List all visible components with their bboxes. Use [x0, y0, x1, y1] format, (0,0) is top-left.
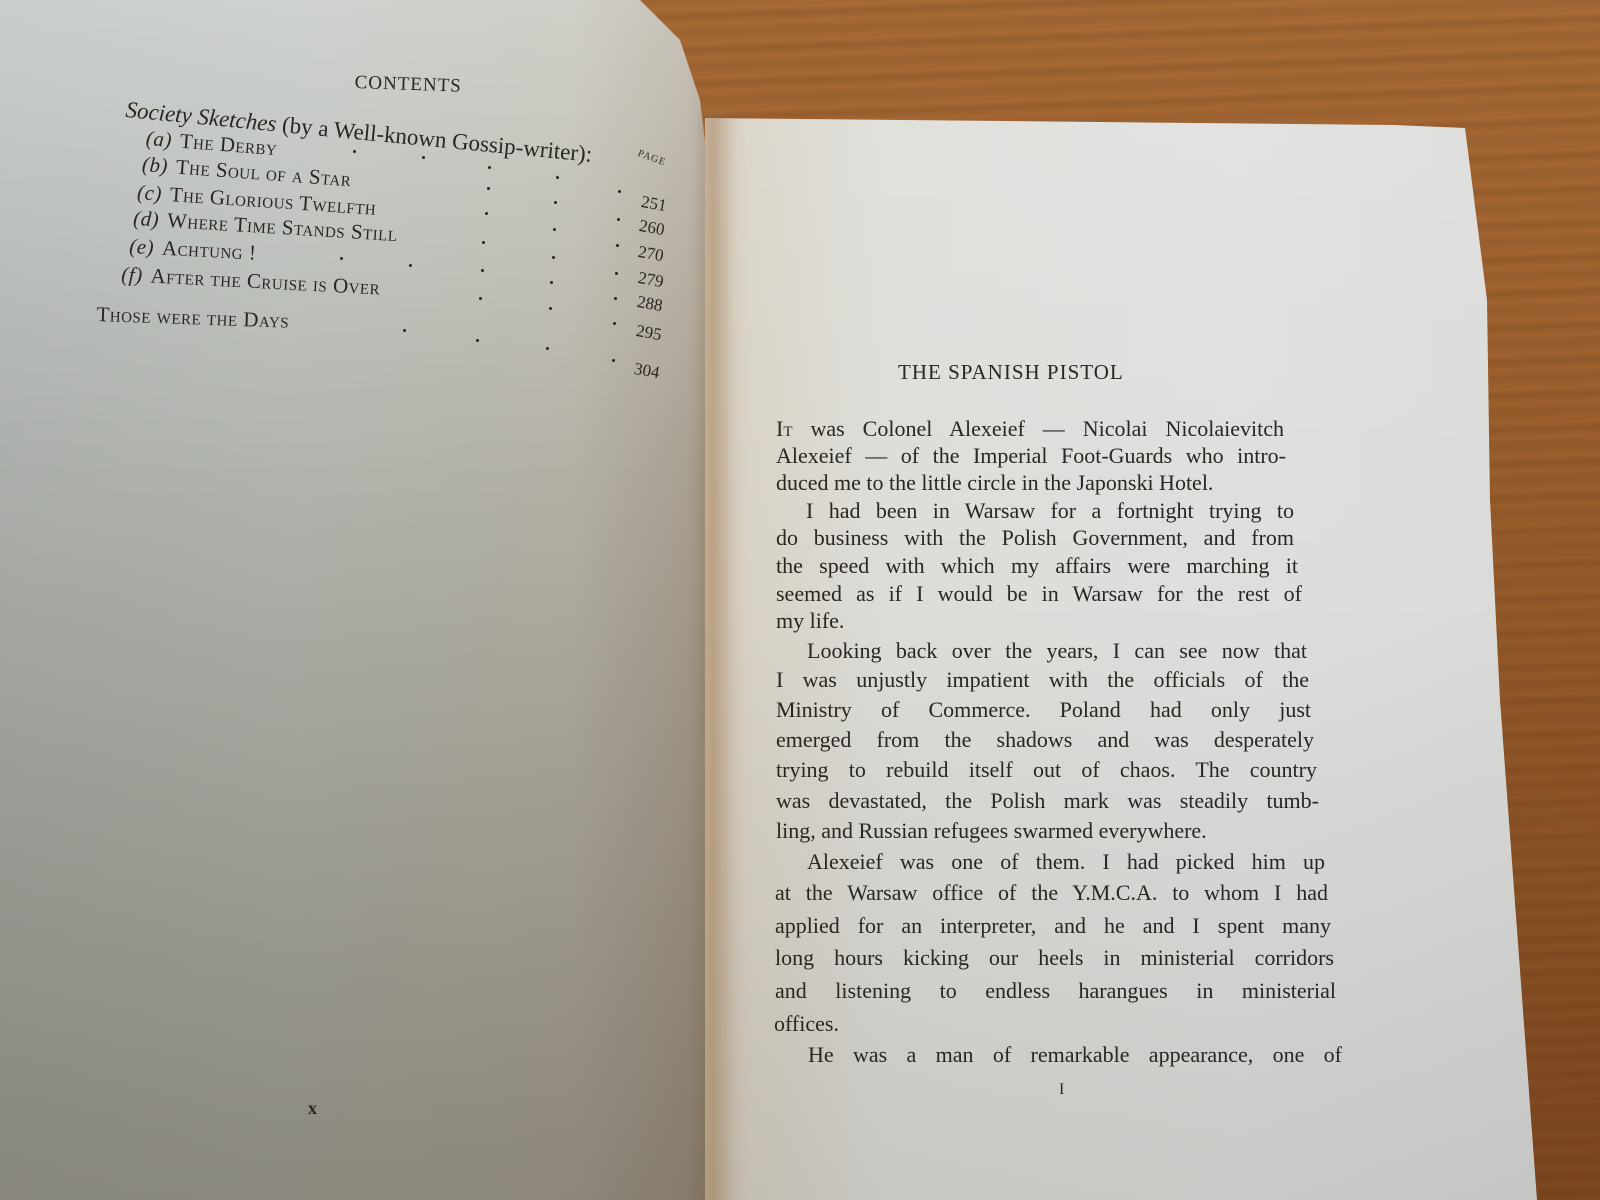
- leader-dot: [481, 269, 484, 272]
- chapter-title: THE SPANISH PISTOL: [898, 360, 1124, 385]
- text-line: Ministry of Commerce. Poland had only ju…: [776, 697, 1311, 723]
- leader-dot: [550, 281, 553, 284]
- leader-dot: [546, 347, 549, 350]
- text-line: duced me to the little circle in the Jap…: [776, 470, 1213, 496]
- leader-dot: [613, 322, 616, 325]
- left-page-folio: x: [308, 1098, 317, 1119]
- leader-dot: [615, 272, 618, 275]
- toc-entry-letter: (e): [129, 234, 155, 259]
- leader-dot: [549, 307, 552, 310]
- leader-dot: [554, 201, 557, 204]
- toc-entry-title: Achtung !: [162, 236, 258, 265]
- leader-dot: [616, 244, 619, 247]
- leader-dot: [422, 156, 425, 159]
- leader-dot: [556, 176, 559, 179]
- toc-page-number: 260: [638, 216, 667, 240]
- text-line: I was unjustly impatient with the offici…: [776, 667, 1309, 693]
- book-gutter: [695, 110, 735, 1200]
- text-line: Looking back over the years, I can see n…: [807, 638, 1307, 664]
- toc-page-number: 251: [640, 192, 669, 216]
- toc-page-number: 270: [637, 242, 666, 266]
- toc-page-number: 295: [635, 321, 664, 345]
- text-line: the speed with which my affairs were mar…: [776, 553, 1298, 579]
- leader-dot: [485, 212, 488, 215]
- text-line-content: was Colonel Alexeief — Nicolai Nicolaiev…: [793, 416, 1285, 441]
- text-line: ling, and Russian refugees swarmed every…: [776, 818, 1207, 844]
- text-line: applied for an interpreter, and he and I…: [775, 913, 1331, 939]
- text-line: trying to rebuild itself out of chaos. T…: [776, 757, 1317, 783]
- text-line: seemed as if I would be in Warsaw for th…: [776, 581, 1302, 607]
- leader-dot: [553, 228, 556, 231]
- toc-entry-letter: (d): [133, 206, 160, 232]
- text-line: emerged from the shadows and was despera…: [776, 727, 1314, 753]
- toc-entry-letter: (c): [136, 180, 162, 206]
- leader-dot: [614, 297, 617, 300]
- toc-entry-letter: (f): [121, 262, 144, 287]
- leader-dot: [403, 329, 406, 332]
- text-line: I had been in Warsaw for a fortnight try…: [806, 498, 1294, 524]
- text-line: was devastated, the Polish mark was stea…: [776, 788, 1319, 814]
- text-line: long hours kicking our heels in minister…: [775, 945, 1334, 971]
- leader-dot: [340, 257, 343, 260]
- right-page-folio: I: [1059, 1081, 1064, 1099]
- text-line: do business with the Polish Government, …: [776, 525, 1294, 551]
- leader-dot: [617, 218, 620, 221]
- toc-page-number: 279: [637, 268, 666, 292]
- leader-dot: [618, 190, 621, 193]
- leader-dot: [612, 359, 615, 362]
- text-line: Alexeief — of the Imperial Foot-Guards w…: [776, 443, 1286, 469]
- leader-dot: [409, 264, 412, 267]
- leader-dot: [488, 166, 491, 169]
- text-line: my life.: [776, 608, 844, 634]
- toc-page-number: 304: [633, 359, 662, 383]
- toc-entry-letter: (a): [145, 126, 173, 152]
- text-line: and listening to endless harangues in mi…: [775, 978, 1336, 1004]
- toc-entry-letter: (b): [141, 152, 169, 178]
- leader-dot: [487, 187, 490, 190]
- drop-small-caps: It: [776, 416, 793, 441]
- leader-dot: [552, 256, 555, 259]
- text-line: offices.: [774, 1011, 839, 1037]
- leader-dot: [479, 297, 482, 300]
- leader-dot: [353, 150, 356, 153]
- text-line: He was a man of remarkable appearance, o…: [808, 1042, 1342, 1068]
- toc-page-number: 288: [636, 292, 665, 316]
- text-line: Alexeief was one of them. I had picked h…: [807, 849, 1325, 875]
- contents-heading: CONTENTS: [354, 72, 462, 98]
- leader-dot: [476, 339, 479, 342]
- text-line: It was Colonel Alexeief — Nicolai Nicola…: [776, 416, 1284, 442]
- text-line: at the Warsaw office of the Y.M.C.A. to …: [775, 880, 1328, 906]
- left-page-shading: [0, 0, 715, 1200]
- leader-dot: [482, 241, 485, 244]
